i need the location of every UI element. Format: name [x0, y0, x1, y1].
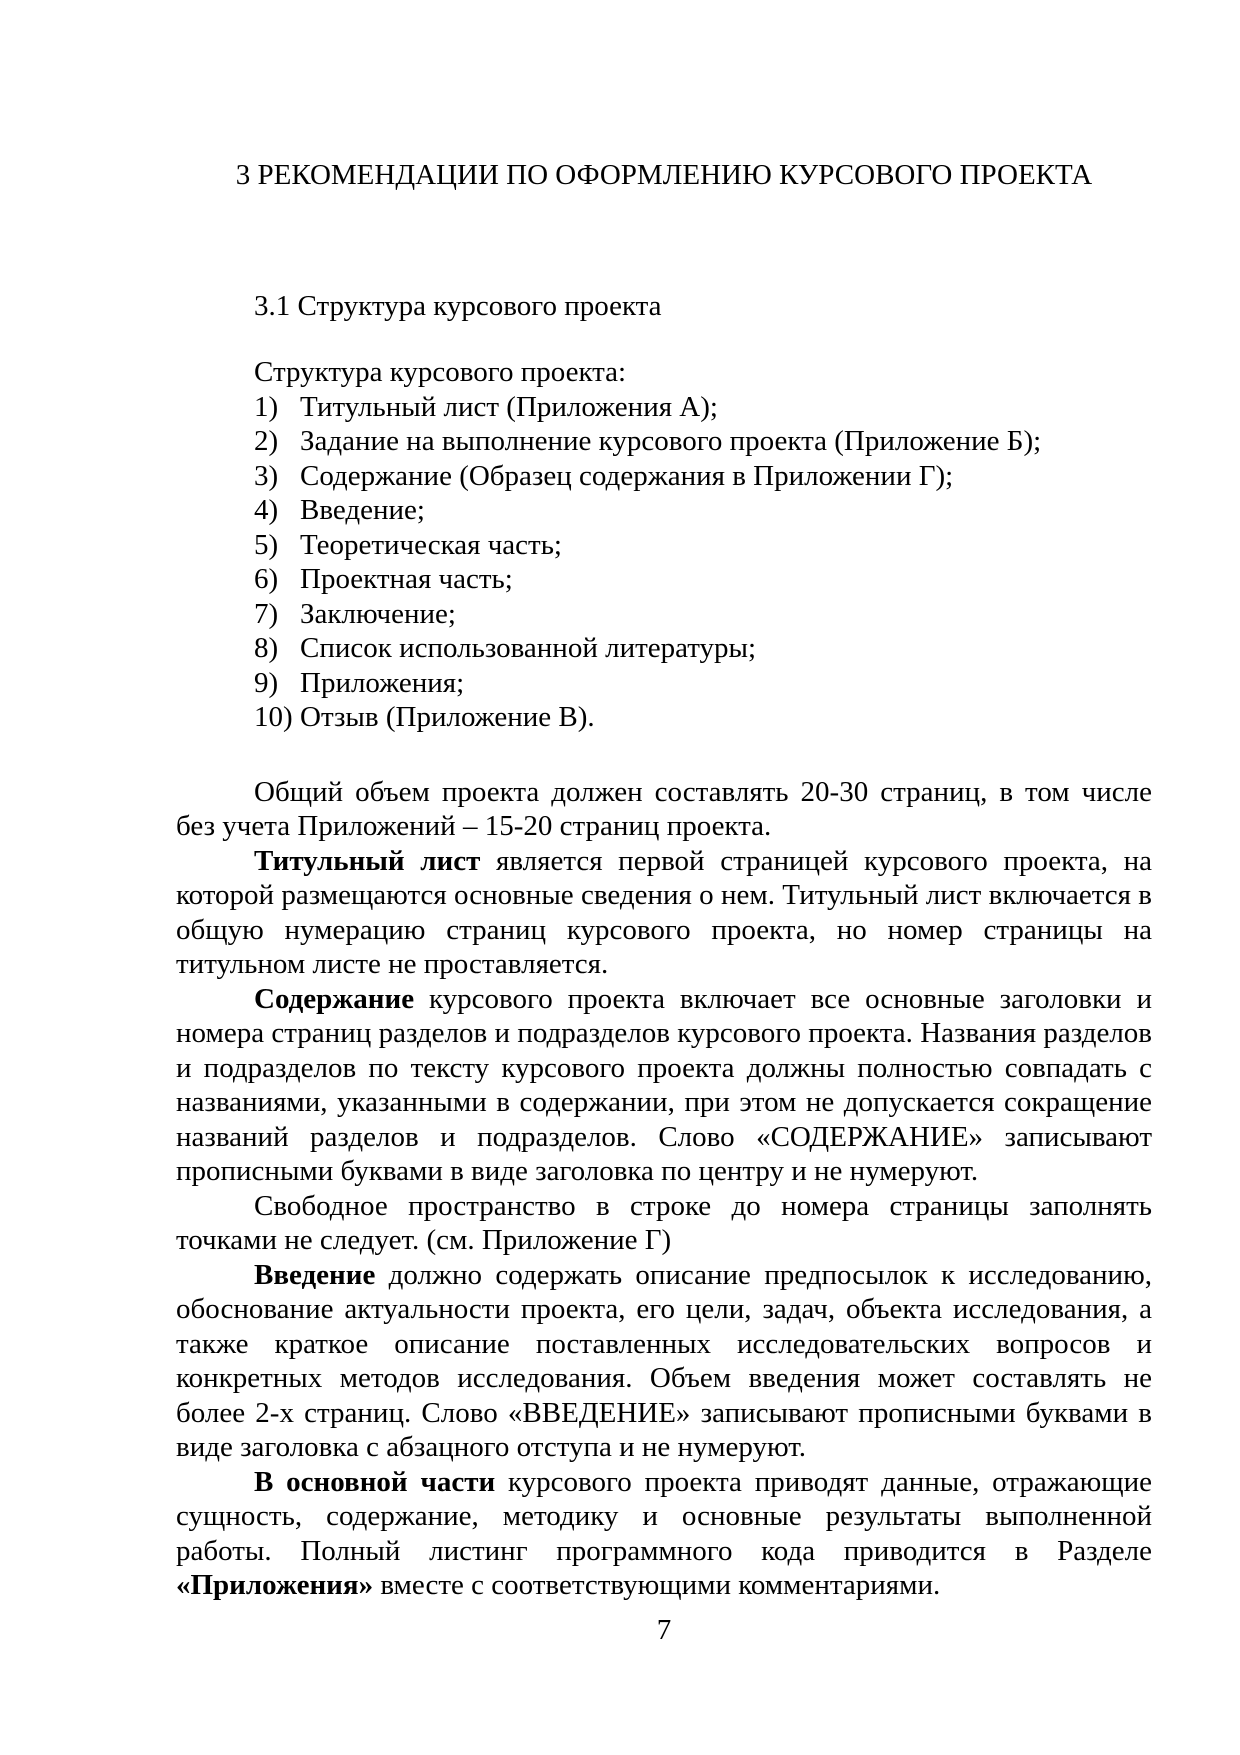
document-page: 3 РЕКОМЕНДАЦИИ ПО ОФОРМЛЕНИЮ КУРСОВОГО П… [0, 0, 1240, 1755]
paragraph-main-part-lead: В основной части [254, 1466, 495, 1498]
page-footer: 7 [176, 1613, 1152, 1648]
list-item-text: Приложения; [300, 666, 1152, 701]
document-title: 3 РЕКОМЕНДАЦИИ ПО ОФОРМЛЕНИЮ КУРСОВОГО П… [176, 158, 1152, 193]
structure-list: 1) Титульный лист (Приложения А); 2) Зад… [176, 390, 1152, 735]
list-item-text: Заключение; [300, 597, 1152, 632]
list-item-number: 7) [254, 597, 300, 632]
list-item: 4) Введение; [176, 493, 1152, 528]
list-item-number: 5) [254, 528, 300, 563]
section-heading: 3.1 Структура курсового проекта [176, 289, 1152, 324]
list-intro: Структура курсового проекта: [176, 355, 1152, 390]
paragraph-free-space: Свободное пространство в строке до номер… [176, 1189, 1152, 1258]
document-content: 3 РЕКОМЕНДАЦИИ ПО ОФОРМЛЕНИЮ КУРСОВОГО П… [176, 0, 1152, 1603]
paragraph-main-part-lead2: «Приложения» [176, 1569, 373, 1601]
paragraph-title-page-lead: Титульный лист [254, 845, 480, 877]
paragraph-free-space-text: Свободное пространство в строке до номер… [176, 1190, 1152, 1257]
list-item-number: 3) [254, 459, 300, 494]
paragraph-volume-text: Общий объем проекта должен составлять 20… [176, 776, 1152, 843]
list-item-number: 6) [254, 562, 300, 597]
list-item: 2) Задание на выполнение курсового проек… [176, 424, 1152, 459]
list-item-text: Список использованной литературы; [300, 631, 1152, 666]
list-item: 7) Заключение; [176, 597, 1152, 632]
list-item-text: Проектная часть; [300, 562, 1152, 597]
paragraph-introduction: Введение должно содержать описание предп… [176, 1258, 1152, 1465]
paragraph-introduction-lead: Введение [254, 1259, 375, 1291]
list-item-text: Содержание (Образец содержания в Приложе… [300, 459, 1152, 494]
list-item: 5) Теоретическая часть; [176, 528, 1152, 563]
paragraph-main-part: В основной части курсового проекта приво… [176, 1465, 1152, 1603]
list-item-text: Введение; [300, 493, 1152, 528]
page-number: 7 [657, 1614, 672, 1646]
list-item-number: 10) [254, 700, 300, 735]
list-item-number: 9) [254, 666, 300, 701]
list-item: 8) Список использованной литературы; [176, 631, 1152, 666]
list-item: 1) Титульный лист (Приложения А); [176, 390, 1152, 425]
paragraph-contents-lead: Содержание [254, 983, 414, 1015]
list-item: 6) Проектная часть; [176, 562, 1152, 597]
list-item: 9) Приложения; [176, 666, 1152, 701]
list-item: 3) Содержание (Образец содержания в Прил… [176, 459, 1152, 494]
list-item-text: Теоретическая часть; [300, 528, 1152, 563]
list-item-number: 2) [254, 424, 300, 459]
paragraph-volume: Общий объем проекта должен составлять 20… [176, 775, 1152, 844]
list-item-number: 8) [254, 631, 300, 666]
paragraph-main-part-tail: вместе с соответствующими комментариями. [373, 1569, 940, 1601]
list-item: 10) Отзыв (Приложение В). [176, 700, 1152, 735]
list-item-text: Титульный лист (Приложения А); [300, 390, 1152, 425]
list-item-text: Отзыв (Приложение В). [300, 700, 1152, 735]
paragraph-contents: Содержание курсового проекта включает вс… [176, 982, 1152, 1189]
list-item-number: 1) [254, 390, 300, 425]
list-item-number: 4) [254, 493, 300, 528]
paragraph-title-page: Титульный лист является первой страницей… [176, 844, 1152, 982]
list-item-text: Задание на выполнение курсового проекта … [300, 424, 1152, 459]
